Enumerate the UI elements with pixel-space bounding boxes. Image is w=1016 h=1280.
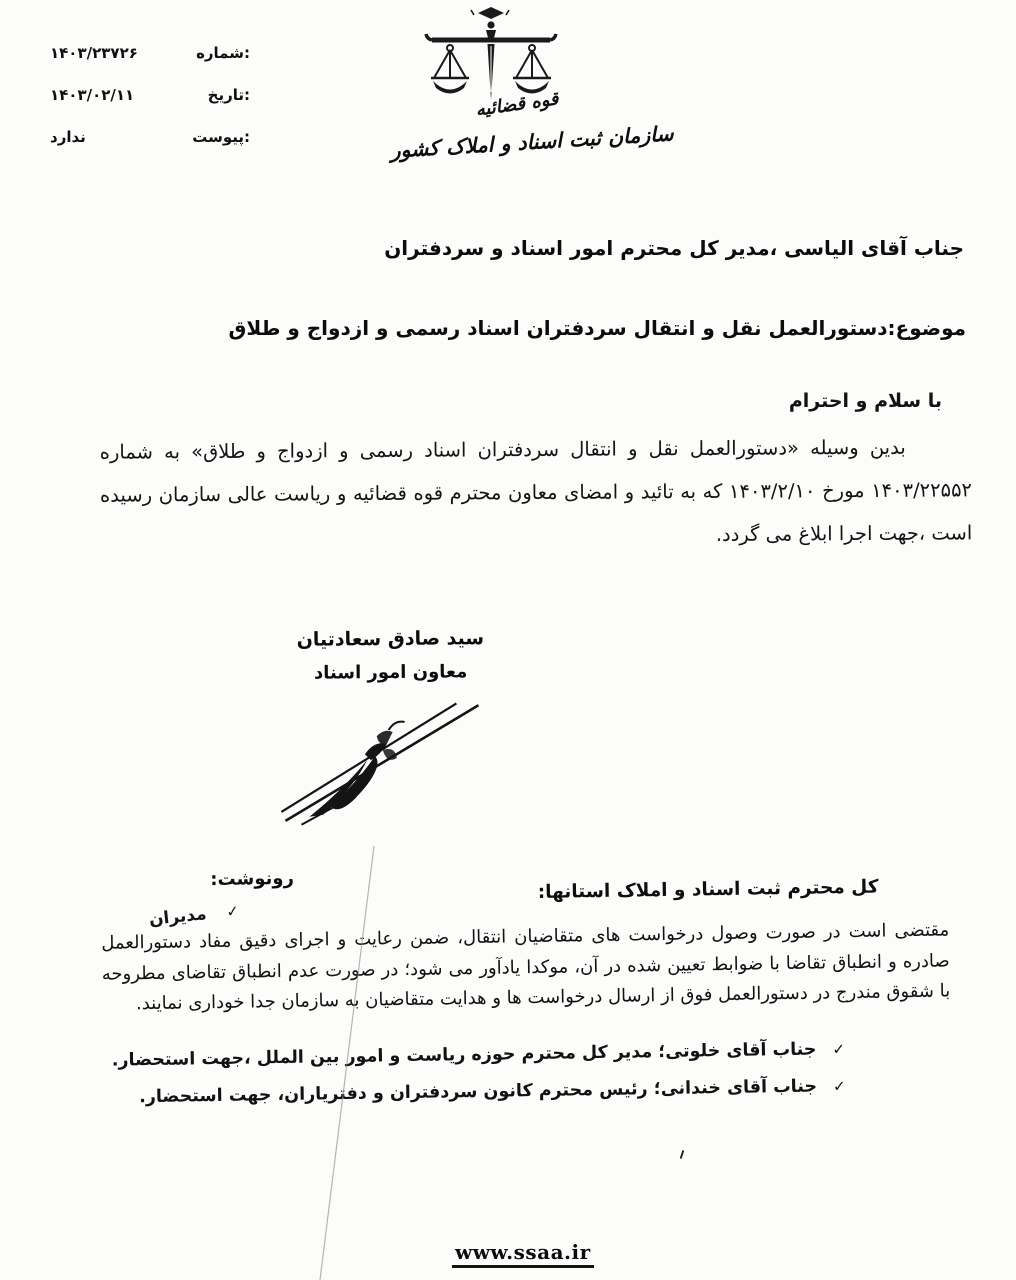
letter-body-paragraph: بدین وسیله «دستورالعمل نقل و انتقال سردف… [100, 425, 973, 559]
attachment-value: ندارد [50, 128, 86, 146]
website-url: www.ssaa.ir [452, 1240, 594, 1268]
handwritten-signature-icon [278, 689, 494, 831]
attachment-field-row: پیوست: ندارد [50, 128, 250, 146]
organization-name: سازمان ثبت اسناد و املاک کشور [382, 121, 683, 163]
addressee-line: جناب آقای الیاسی ،مدیر کل محترم امور اسن… [384, 236, 964, 260]
number-field-row: شماره: ۱۴۰۳/۲۳۷۲۶ [50, 44, 250, 62]
date-field-row: تاریخ: ۱۴۰۳/۰۲/۱۱ [50, 86, 250, 104]
scanned-letter-page: شماره: ۱۴۰۳/۲۳۷۲۶ تاریخ: ۱۴۰۳/۰۲/۱۱ پیوس… [0, 0, 1016, 1280]
cc-section: رونوشت: کل محترم ثبت اسناد و املاک استان… [40, 853, 980, 1158]
letterhead-fields: شماره: ۱۴۰۳/۲۳۷۲۶ تاریخ: ۱۴۰۳/۰۲/۱۱ پیوس… [50, 44, 250, 170]
signature-block: سید صادق سعادتیان معاون امور اسناد [283, 627, 498, 684]
number-label: شماره: [196, 44, 250, 62]
signer-title: معاون امور اسناد [283, 661, 498, 684]
cc-item3-text: جناب آقای خندانی؛ رئیس محترم کانون سردفت… [139, 1077, 817, 1108]
checkmark-icon: ✓ [833, 1077, 846, 1095]
cc-item2: ✓جناب آقای خلوتی؛ مدیر کل محترم حوزه ریا… [112, 1039, 846, 1071]
cc-item2-text: جناب آقای خلوتی؛ مدیر کل محترم حوزه ریاس… [112, 1040, 817, 1071]
checkmark-icon: ✓ [225, 902, 239, 921]
signer-name: سید صادق سعادتیان [283, 627, 498, 651]
cc-item1-left-fragment: ✓مدیران [148, 901, 240, 930]
cc-item1-left-text: مدیران [148, 904, 207, 930]
cc-item3: ✓جناب آقای خندانی؛ رئیس محترم کانون سردف… [139, 1076, 846, 1107]
date-value: ۱۴۰۳/۰۲/۱۱ [50, 86, 134, 104]
checkmark-icon: ✓ [832, 1040, 845, 1058]
subject-line: موضوع:دستورالعمل نقل و انتقال سردفتران ا… [229, 316, 967, 340]
cc-item1-right-fragment: کل محترم ثبت اسناد و املاک استانها: [538, 877, 879, 903]
number-value: ۱۴۰۳/۲۳۷۲۶ [50, 44, 138, 62]
salutation-line: با سلام و احترام [789, 390, 942, 412]
cc-label: رونوشت: [210, 868, 294, 890]
attachment-label: پیوست: [192, 128, 250, 146]
ink-speck [680, 1150, 685, 1159]
date-label: تاریخ: [208, 86, 250, 104]
cc-item1-instructions-paragraph: مقتضی است در صورت وصول درخواست های متقاض… [101, 915, 950, 1020]
